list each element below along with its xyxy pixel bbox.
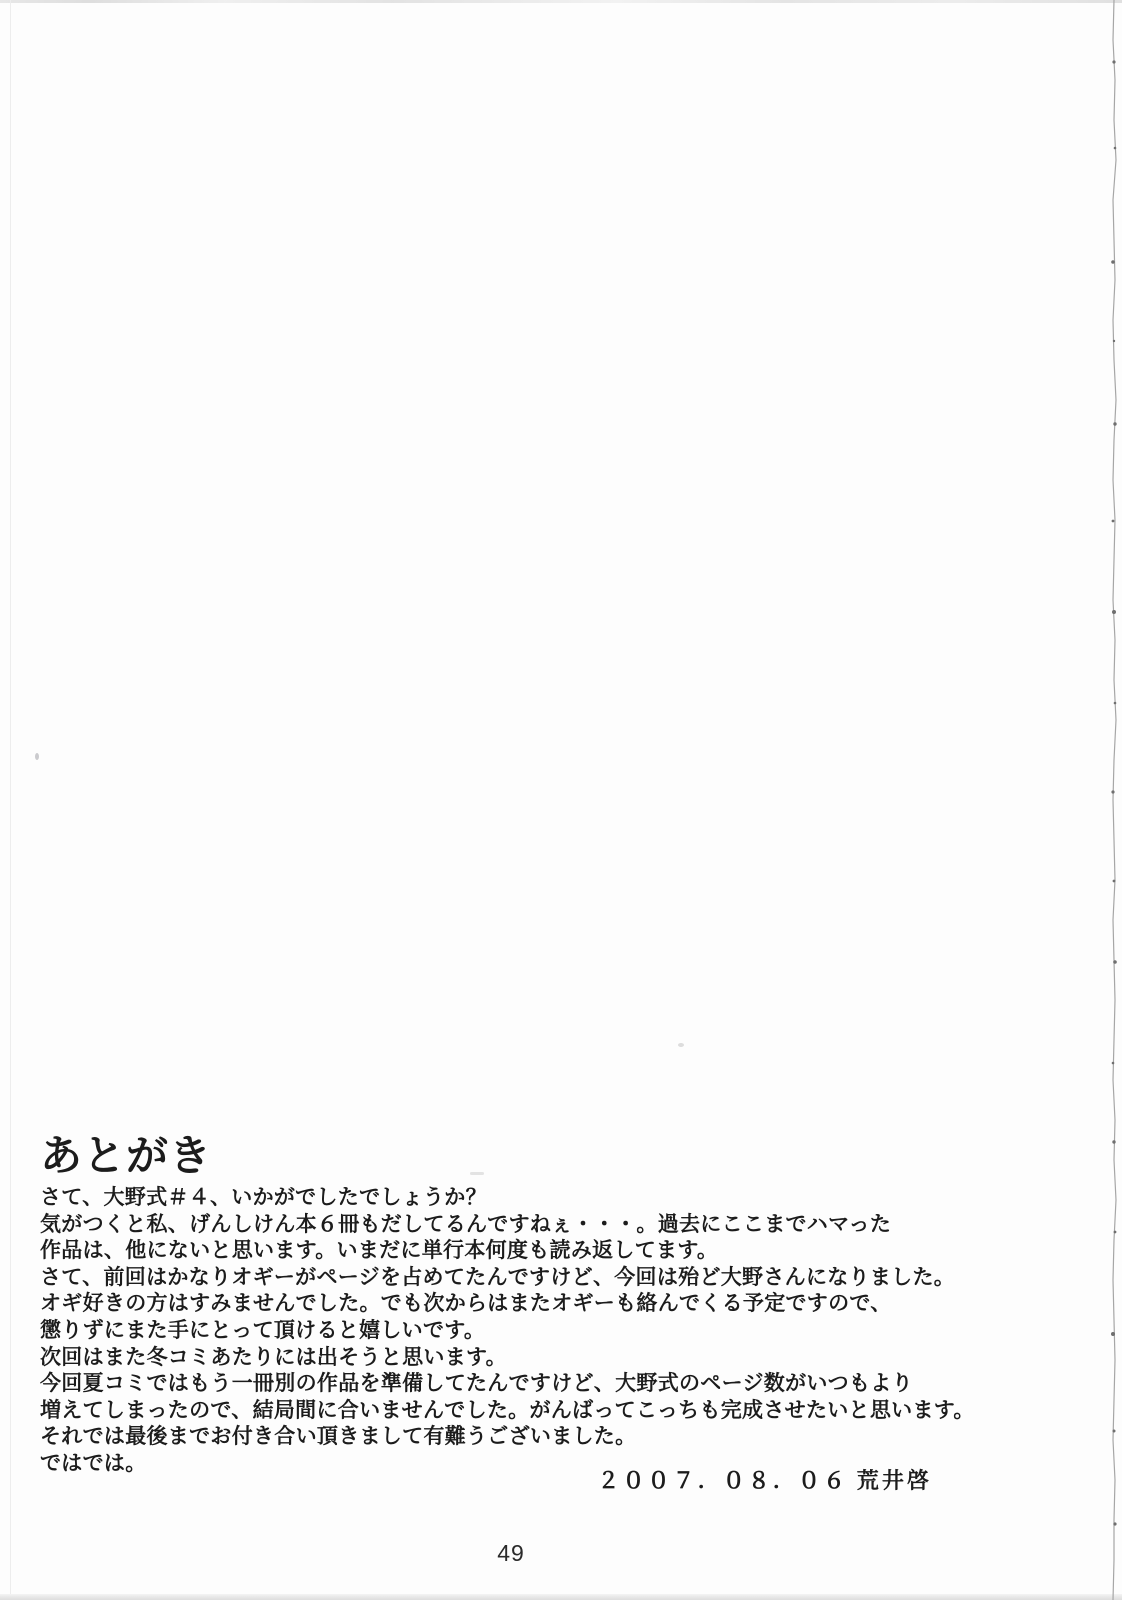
afterword-body: さて、大野式＃４、いかがでしたでしょうか？ 気がつくと私、げんしけん本６冊もだし… [40, 1184, 1050, 1477]
afterword-line: 次回はまた冬コミあたりには出そうと思います。 [40, 1344, 1050, 1371]
afterword-line: 増えてしまったので、結局間に合いませんでした。がんばってこっちも完成させたいと思… [40, 1397, 1050, 1424]
scan-speck [470, 1172, 484, 1175]
afterword-line: それでは最後までお付き合い頂きまして有難うございました。 [40, 1423, 1050, 1450]
scan-left-edge-artifact [10, 0, 11, 1600]
page-number: 49 [0, 1540, 1022, 1567]
afterword-line: さて、前回はかなりオギーがページを占めてたんですけど、今回は殆ど大野さんになりま… [40, 1264, 1050, 1291]
signature-date: ２００７．０８．０６ 荒井啓 [597, 1464, 932, 1495]
scan-speck [35, 753, 39, 760]
scan-top-edge-artifact [0, 0, 1122, 3]
afterword-line: 気がつくと私、げんしけん本６冊もだしてるんですねぇ・・・。過去にここまでハマった [40, 1211, 1050, 1238]
scan-bottom-edge-artifact [0, 1594, 1122, 1600]
scan-right-edge-artifact [1104, 0, 1122, 1600]
scanned-page: あとがき さて、大野式＃４、いかがでしたでしょうか？ 気がつくと私、げんしけん本… [0, 0, 1122, 1600]
afterword-line: 作品は、他にないと思います。いまだに単行本何度も読み返してます。 [40, 1237, 1050, 1264]
afterword-line: さて、大野式＃４、いかがでしたでしょうか？ [40, 1184, 1050, 1211]
afterword-line: オギ好きの方はすみませんでした。でも次からはまたオギーも絡んでくる予定ですので、 [40, 1290, 1050, 1317]
scan-speck [678, 1043, 684, 1047]
afterword-title: あとがき [40, 1134, 212, 1180]
afterword-line: 今回夏コミではもう一冊別の作品を準備してたんですけど、大野式のページ数がいつもよ… [40, 1370, 1050, 1397]
afterword-line: 懲りずにまた手にとって頂けると嬉しいです。 [40, 1317, 1050, 1344]
